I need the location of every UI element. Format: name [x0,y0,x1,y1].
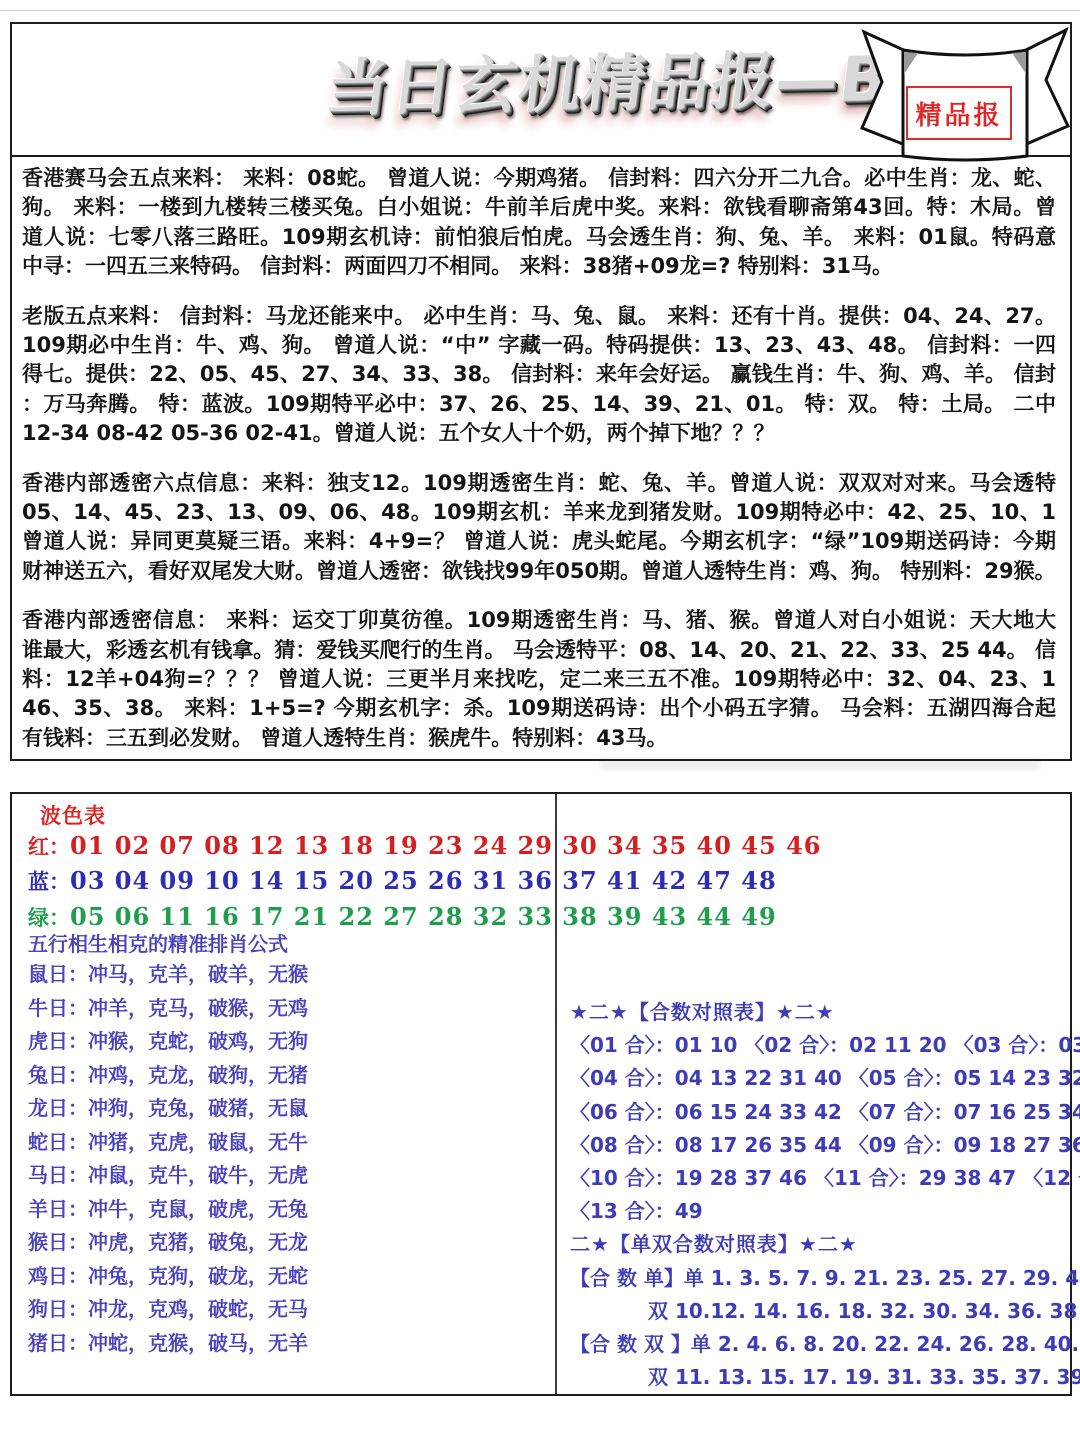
wave-color-table-title: 波色表 [40,800,106,830]
wuxing-line: 鸡日：冲兔，克狗，破龙，无蛇 [28,1260,528,1294]
ghost-smudge [600,758,1040,770]
tips-paragraph-2: 老版五点来料： 信封料：马龙还能来中。 必中生肖：马、兔、鼠。 来料：还有十肖。… [22,302,1056,449]
wuxing-line: 狗日：冲龙，克鸡，破蛇，无马 [28,1293,528,1327]
wuxing-line: 虎日：冲猴，克蛇，破鸡，无狗 [28,1025,528,1059]
wave-color-label: 蓝： [28,870,70,894]
wuxing-line: 鼠日：冲马，克羊，破羊，无猴 [28,958,528,992]
wave-color-row: 红：01 02 07 08 12 13 18 19 23 24 29 30 34… [28,830,548,865]
ribbon-left-wing [862,32,908,146]
tips-line: 有钱料：三五到必发财。 曾道人透特生肖：猴虎牛。特别料：43马。 [22,724,1056,753]
reference-tables-box: 波色表 红：01 02 07 08 12 13 18 19 23 24 29 3… [10,792,1072,1396]
wuxing-line: 猪日：冲蛇，克猴，破马，无羊 [28,1327,528,1361]
tips-line: 料：12羊+04狗=？？？ 曾道人说：三更半月来找吃，定二来三五不准。109期特… [22,665,1056,694]
wuxing-line: 牛日：冲羊，克马，破猴，无鸡 [28,992,528,1026]
tips-paragraph-1: 香港赛马会五点来料： 来料：08蛇。 曾道人说：今期鸡猪。 信封料：四六分开二九… [22,164,1056,282]
wave-color-rows: 红：01 02 07 08 12 13 18 19 23 24 29 30 34… [28,830,548,936]
wuxing-formula-lines: 鼠日：冲马，克羊，破羊，无猴牛日：冲羊，克马，破猴，无鸡虎日：冲猴，克蛇，破鸡，… [28,958,528,1360]
ribbon-label: 精品报 [906,86,1012,140]
wuxing-line: 龙日：冲狗，克兔，破猪，无鼠 [28,1092,528,1126]
tips-line: 曾道人说：异同更莫疑三语。来料：4+9=？ 曾道人说：虎头蛇尾。今期玄机字：“绿… [22,527,1056,556]
wave-color-numbers: 05 06 11 16 17 21 22 27 28 32 33 38 39 4… [70,902,777,931]
page-top-rule [0,10,1080,11]
tips-paragraph-4: 香港内部透密信息： 来料：运交丁卯莫彷徨。109期透密生肖：马、猪、猴。曾道人对… [22,606,1056,753]
tips-line: 109期必中生肖：牛、鸡、狗。 曾道人说：“中” 字藏一码。特码提供：13、23… [22,331,1056,360]
tips-line: 老版五点来料： 信封料：马龙还能来中。 必中生肖：马、兔、鼠。 来料：还有十肖。… [22,302,1056,331]
sum-table-header: ★二★【合数对照表】★二★ [570,996,1066,1029]
wuxing-line: 羊日：冲牛，克鼠，破虎，无兔 [28,1193,528,1227]
wave-color-row: 蓝：03 04 09 10 14 15 20 25 26 31 36 37 41… [28,865,548,900]
tips-line: 狗。 来料：一楼到九楼转三楼买兔。白小姐说：牛前羊后虎中奖。来料：欲钱看聊斋第4… [22,193,1056,222]
sum-table-row: 〈10 合〉：19 28 37 46 〈11 合〉：29 38 47 〈12 合… [570,1162,1066,1195]
tips-line: 得七。提供：22、05、45、27、34、33、38。 信封料：来年会好运。 赢… [22,360,1056,389]
tips-line: 46、35、38。 来料：1+5=? 今期玄机字：杀。109期送码诗：出个小码五… [22,694,1056,723]
sum-table-row: 〈13 合〉：49 [570,1195,1066,1228]
tips-line: ：万马奔腾。 特：蓝波。109期特平必中：37、26、25、14、39、21、0… [22,390,1056,419]
wave-color-label: 绿： [28,906,70,930]
masthead-title: 当日玄机精品报—B [322,29,896,128]
sum-table-row: 〈04 合〉：04 13 22 31 40 〈05 合〉：05 14 23 32… [570,1062,1066,1095]
sum-table-row: 〈06 合〉：06 15 24 33 42 〈07 合〉：07 16 25 34… [570,1096,1066,1129]
wuxing-line: 蛇日：冲猪，克虎，破鼠，无牛 [28,1126,528,1160]
tips-line: 道人说：七零八落三路旺。109期玄机诗：前怕狼后怕虎。马会透生肖：狗、兔、羊。 … [22,223,1056,252]
wave-color-numbers: 01 02 07 08 12 13 18 19 23 24 29 30 34 3… [70,831,821,860]
wuxing-line: 马日：冲鼠，克牛，破牛，无虎 [28,1159,528,1193]
ribbon-right-wing [1022,30,1068,146]
odd-even-table-header: 二★【单双合数对照表】★二★ [570,1228,1066,1261]
tips-line: 中寻：一四五三来特码。 信封料：两面四刀不相同。 来料：38猪+09龙=? 特别… [22,252,1056,281]
wuxing-line: 兔日：冲鸡，克龙，破狗，无猪 [28,1059,528,1093]
tips-line: 12-34 08-42 05-36 02-41。曾道人说：五个女人十个奶，两个掉… [22,419,1056,448]
tips-line: 香港内部透密六点信息：来料：独支12。109期透密生肖：蛇、兔、羊。曾道人说：双… [22,469,1056,498]
sum-tables-column: ★二★【合数对照表】★二★〈01 合〉：01 10 〈02 合〉：02 11 2… [570,996,1066,1394]
tips-line: 谁最大，彩透玄机有钱拿。猜：爱钱买爬行的生肖。 马会透特平：08、14、20、2… [22,636,1056,665]
tips-line: 05、14、45、23、13、09、06、48。109期玄机：羊来龙到猪发财。1… [22,498,1056,527]
wuxing-formula-title: 五行相生相克的精准排肖公式 [28,928,288,957]
tips-paragraph-3: 香港内部透密六点信息：来料：独支12。109期透密生肖：蛇、兔、羊。曾道人说：双… [22,469,1056,587]
wave-color-numbers: 03 04 09 10 14 15 20 25 26 31 36 37 41 4… [70,866,777,895]
tips-section: 香港赛马会五点来料： 来料：08蛇。 曾道人说：今期鸡猪。 信封料：四六分开二九… [14,160,1064,754]
sum-table-row: 〈01 合〉：01 10 〈02 合〉：02 11 20 〈03 合〉：03 1… [570,1029,1066,1062]
sum-even-line2: 双 11. 13. 15. 17. 19. 31. 33. 35. 37. 39 [570,1361,1066,1394]
wave-color-label: 红： [28,835,70,859]
tips-line: 香港内部透密信息： 来料：运交丁卯莫彷徨。109期透密生肖：马、猪、猴。曾道人对… [22,606,1056,635]
sum-odd-line2: 双 10.12. 14. 16. 18. 32. 30. 34. 36. 38 [570,1295,1066,1328]
tips-line: 香港赛马会五点来料： 来料：08蛇。 曾道人说：今期鸡猪。 信封料：四六分开二九… [22,164,1056,193]
sum-table-row: 〈08 合〉：08 17 26 35 44 〈09 合〉：09 18 27 36… [570,1129,1066,1162]
sum-even-line1: 【合 数 双 】单 2. 4. 6. 8. 20. 22. 24. 26. 28… [570,1328,1066,1361]
sum-odd-line1: 【合 数 单】单 1. 3. 5. 7. 9. 21. 23. 25. 27. … [570,1262,1066,1295]
tips-line: 财神送五六，看好双尾发大财。曾道人透密：欲钱找99年050期。曾道人透特生肖：鸡… [22,557,1056,586]
wuxing-line: 猴日：冲虎，克猪，破兔，无龙 [28,1226,528,1260]
